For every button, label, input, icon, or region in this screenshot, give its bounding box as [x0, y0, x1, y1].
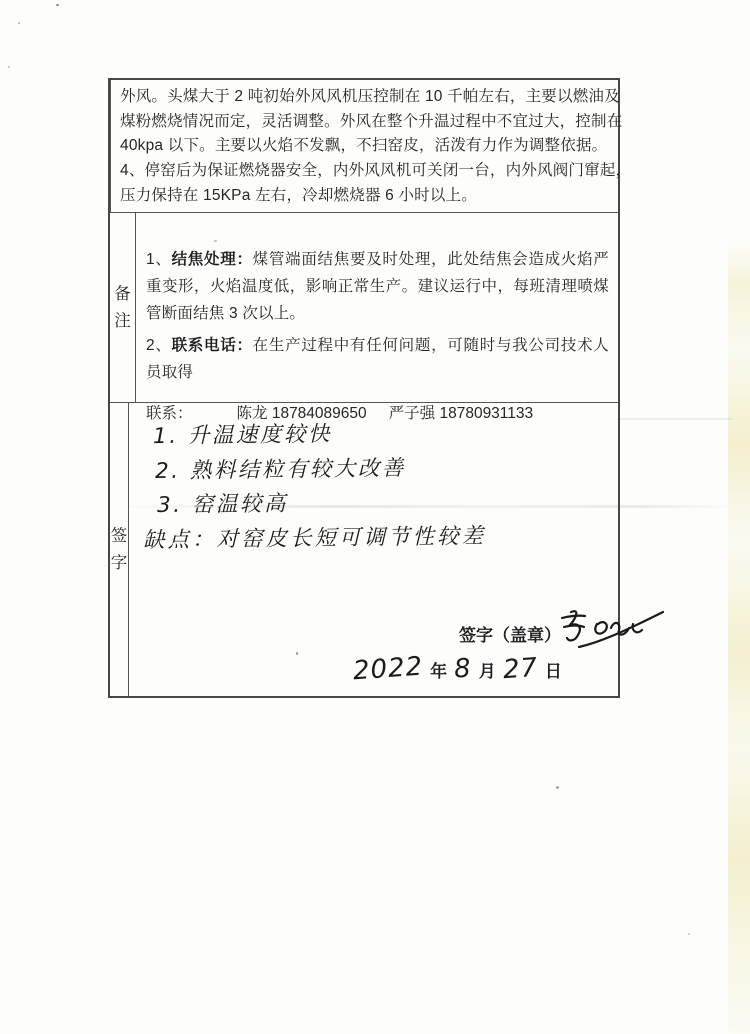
scan-speck — [556, 786, 559, 789]
remark-item-1: 1、结焦处理：煤管端面结焦要及时处理，此处结焦会造成火焰严重变形，火焰温度低，影… — [146, 246, 609, 327]
scan-speck — [8, 66, 10, 68]
continuation-line: 压力保持在 15KPa 左右，冷却燃烧器 6 小时以上。 — [120, 184, 631, 209]
date-day: 27 — [502, 653, 539, 685]
date-year: 2022 — [352, 652, 424, 687]
signature-row-label: 签字 — [110, 523, 128, 577]
handwritten-note: 3. 窑温较高 — [141, 482, 667, 523]
continuation-line: 外风。头煤大于 2 吨初始外风风机压控制在 10 千帕左右，主要以燃油及 — [120, 85, 631, 110]
scanned-document-page: 外风。头煤大于 2 吨初始外风风机压控制在 10 千帕左右，主要以燃油及 煤粉燃… — [0, 0, 750, 1034]
remark-1-title: 结焦处理： — [172, 251, 253, 268]
signature-line: 签字（盖章） — [141, 612, 667, 646]
remarks-row-label: 备注 — [114, 281, 132, 335]
remark-1-number: 1、 — [146, 251, 172, 268]
date-month: 8 — [453, 653, 473, 684]
remarks-label-cell: 备注 — [110, 213, 136, 402]
table-row-continuation: 外风。头煤大于 2 吨初始外风风机压控制在 10 千帕左右，主要以燃油及 煤粉燃… — [110, 80, 618, 213]
scan-speck — [18, 22, 20, 24]
remark-2-number: 2、 — [146, 337, 172, 354]
continuation-line: 4、停窑后为保证燃烧器安全，内外风风机可关闭一台，内外风阀门窜起， — [120, 159, 631, 184]
continuation-line: 40kpa 以下。主要以火焰不发飘，不扫窑皮，活泼有力作为调整依据。 — [120, 134, 631, 159]
date-year-unit: 年 — [430, 657, 447, 682]
signature-content-cell: 1. 升温速度较快 2. 熟料结粒有较大改善 3. 窑温较高 缺点：对窑皮长短可… — [129, 403, 673, 696]
remark-item-2: 2、联系电话：在生产过程中有任何问题，可随时与我公司技术人员取得 — [146, 332, 609, 386]
scan-stain — [728, 238, 750, 1034]
scan-speck — [688, 933, 690, 935]
handwritten-signature — [559, 604, 667, 654]
signature-label-cell: 签字 — [110, 403, 129, 696]
continuation-line: 煤粉燃烧情况而定，灵活调整。外风在整个升温过程中不宜过大，控制在 — [120, 110, 631, 135]
form-table: 外风。头煤大于 2 吨初始外风风机压控制在 10 千帕左右，主要以燃油及 煤粉燃… — [108, 78, 620, 698]
signature-stamp-label: 签字（盖章） — [459, 621, 561, 646]
scan-speck — [56, 4, 59, 6]
remark-2-title: 联系电话： — [172, 337, 253, 354]
handwritten-note: 1. 升温速度较快 — [141, 413, 667, 454]
handwritten-note: 缺点：对窑皮长短可调节性较差 — [141, 516, 667, 557]
date-day-unit: 日 — [545, 657, 562, 682]
table-row-signature: 签字 1. 升温速度较快 2. 熟料结粒有较大改善 3. 窑温较高 缺点：对窑皮… — [110, 403, 618, 696]
remarks-content-cell: 1、结焦处理：煤管端面结焦要及时处理，此处结焦会造成火焰严重变形，火焰温度低，影… — [136, 213, 618, 402]
continuation-text-cell: 外风。头煤大于 2 吨初始外风风机压控制在 10 千帕左右，主要以燃油及 煤粉燃… — [111, 80, 637, 212]
date-month-unit: 月 — [479, 657, 496, 682]
handwritten-date: 2022 年 8 月 27 日 — [353, 654, 667, 684]
table-row-remarks: 备注 1、结焦处理：煤管端面结焦要及时处理，此处结焦会造成火焰严重变形，火焰温度… — [110, 213, 618, 403]
